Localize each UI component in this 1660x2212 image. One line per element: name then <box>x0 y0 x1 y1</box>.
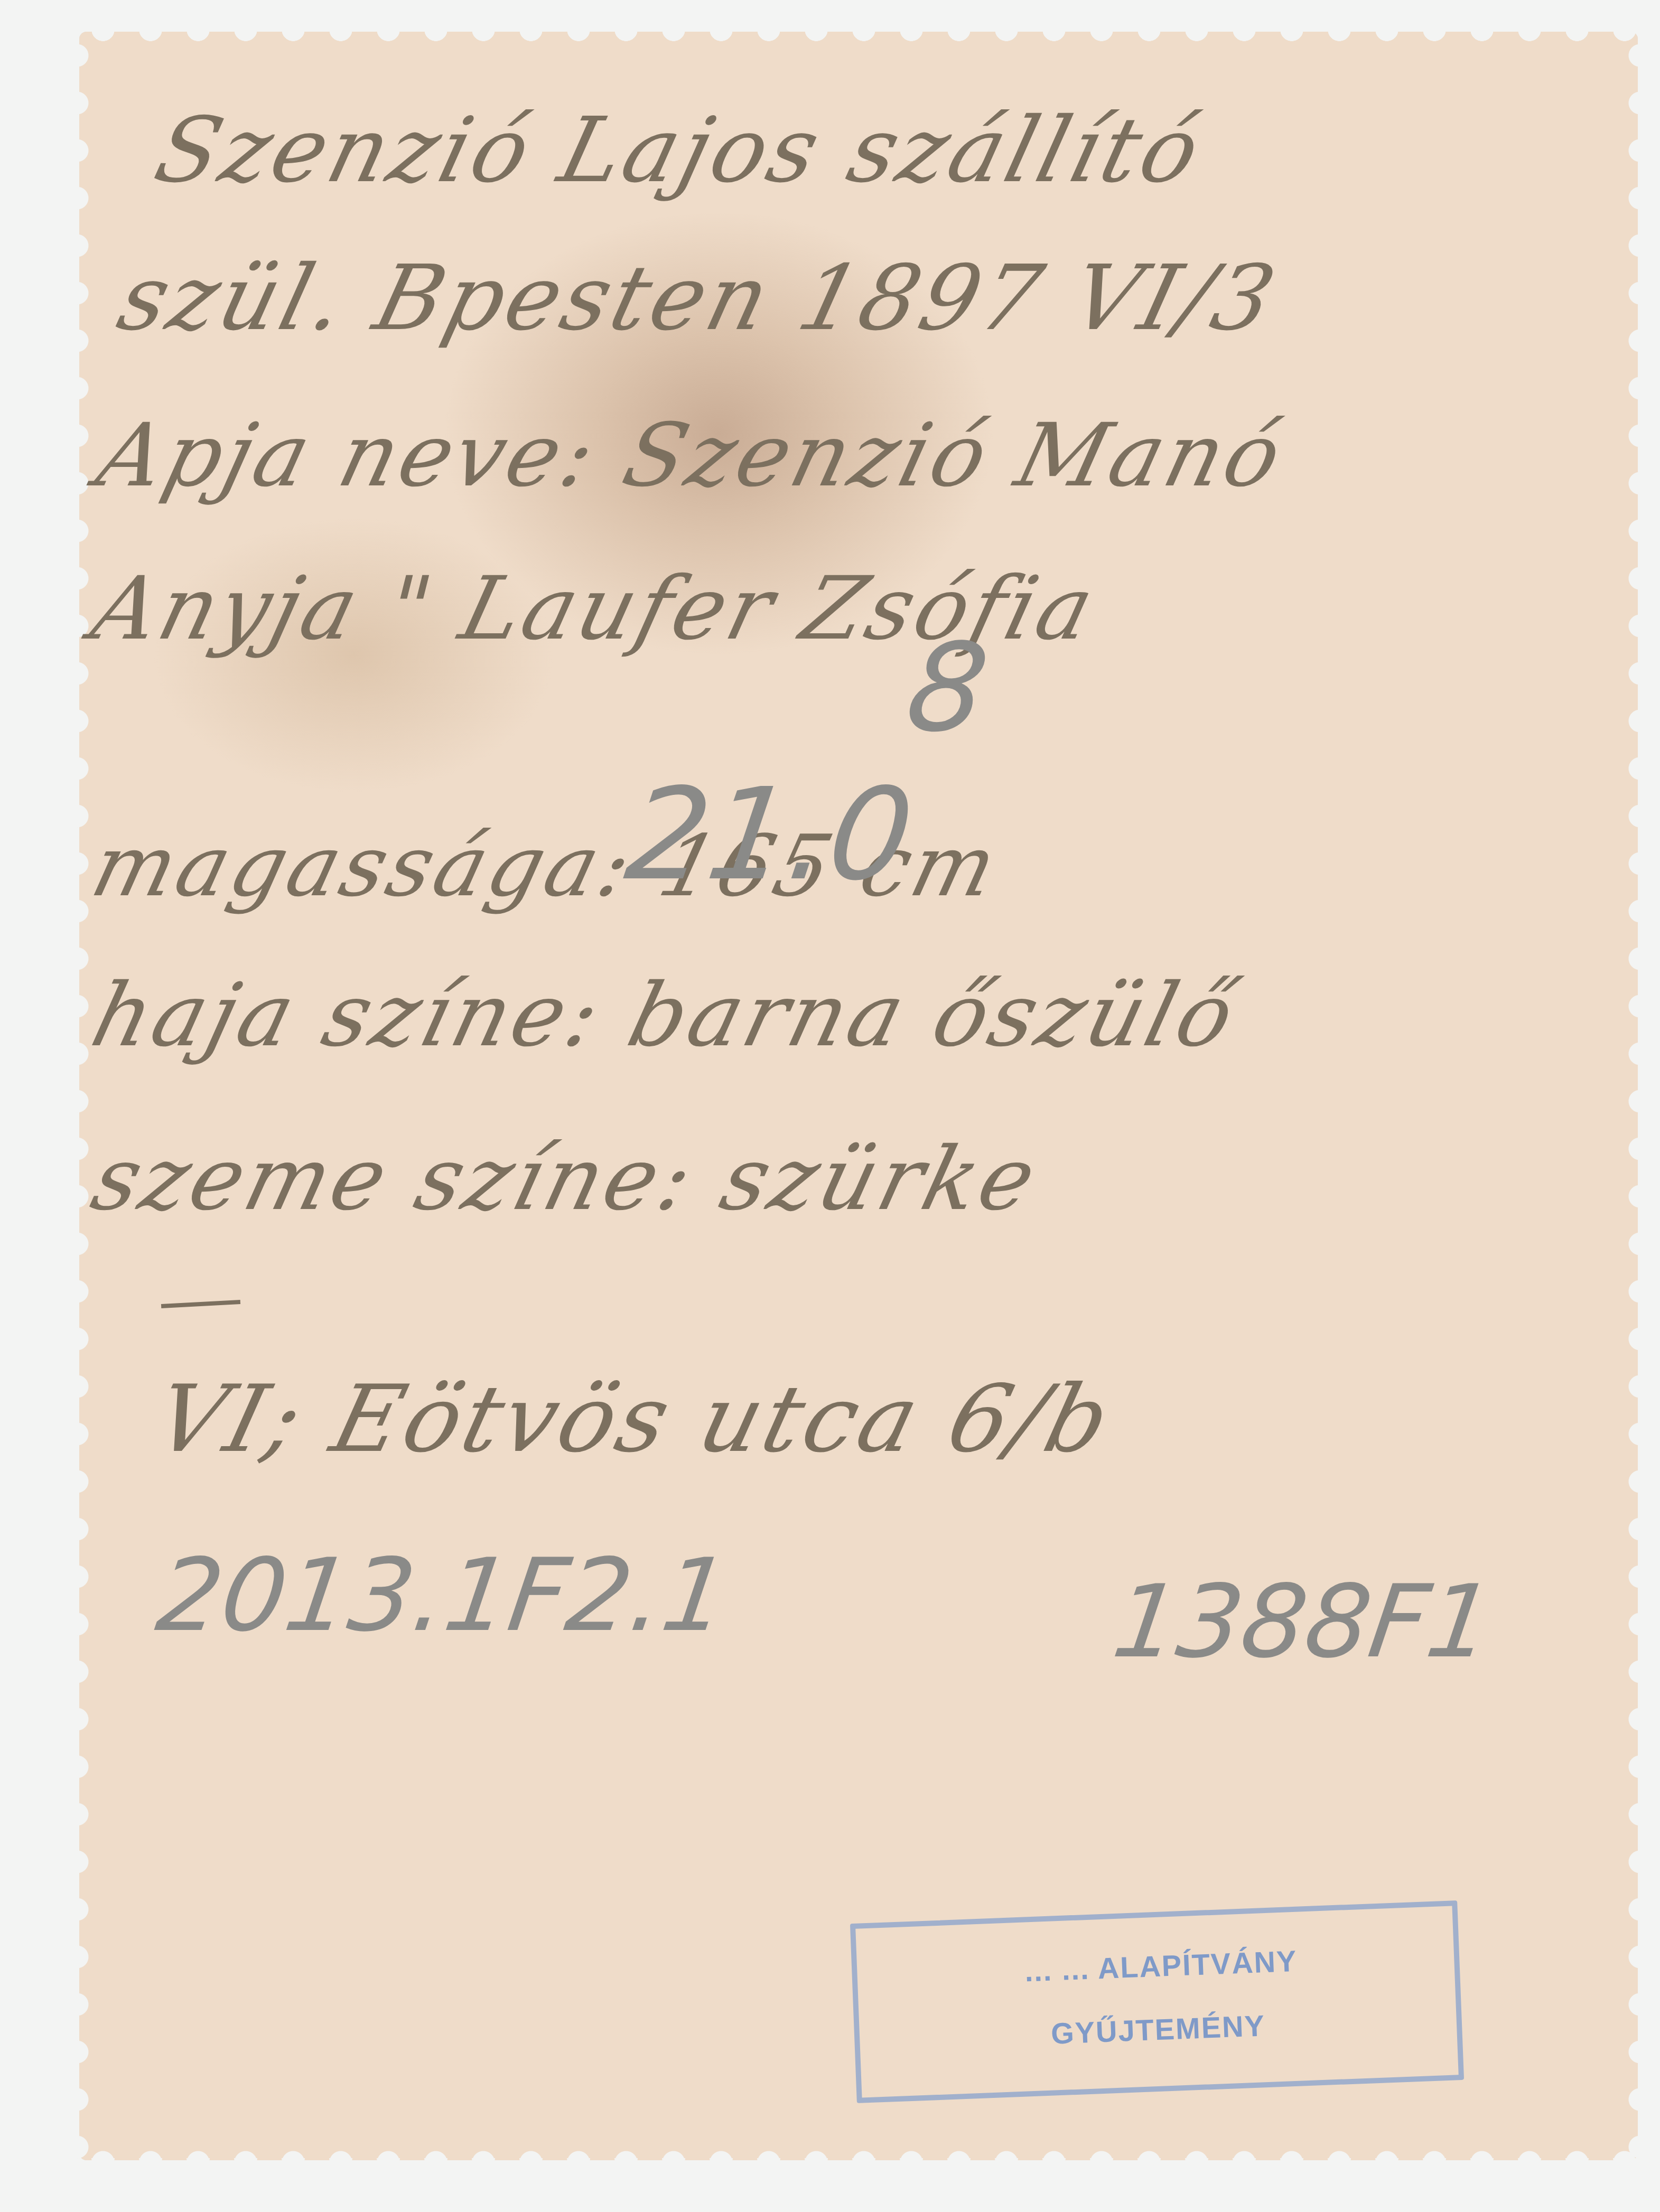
scalloped-edge-left <box>77 32 90 2160</box>
line-birth: szül. Bpesten 1897 VI/3 <box>110 254 1286 343</box>
stamp-line-2: GYŰJTEMÉNY <box>859 2001 1457 2058</box>
line-name: Szenzió Lajos szállító <box>147 106 1211 195</box>
pencil-inventory-left: 2013.1F2.1 <box>150 1537 735 1654</box>
scalloped-edge-right <box>1627 32 1640 2160</box>
photo-card-back <box>79 32 1638 2160</box>
pencil-center-number: 21.0 <box>618 761 921 908</box>
line-address: VI; Eötvös utca 6/b <box>147 1373 1121 1466</box>
scalloped-edge-top <box>79 30 1638 42</box>
collection-stamp: ... ... ALAPÍTVÁNY GYŰJTEMÉNY <box>850 1900 1464 2103</box>
stamp-line-1: ... ... ALAPÍTVÁNY <box>878 1938 1444 1994</box>
line-eye-color: szeme színe: szürke <box>84 1136 1047 1223</box>
pencil-inventory-right: 1388F1 <box>1106 1563 1500 1680</box>
scalloped-edge-bottom <box>79 2150 1638 2162</box>
line-hair-color: haja színe: barna őszülő <box>84 972 1245 1059</box>
line-father: Apja neve: Szenzió Manó <box>89 412 1292 499</box>
